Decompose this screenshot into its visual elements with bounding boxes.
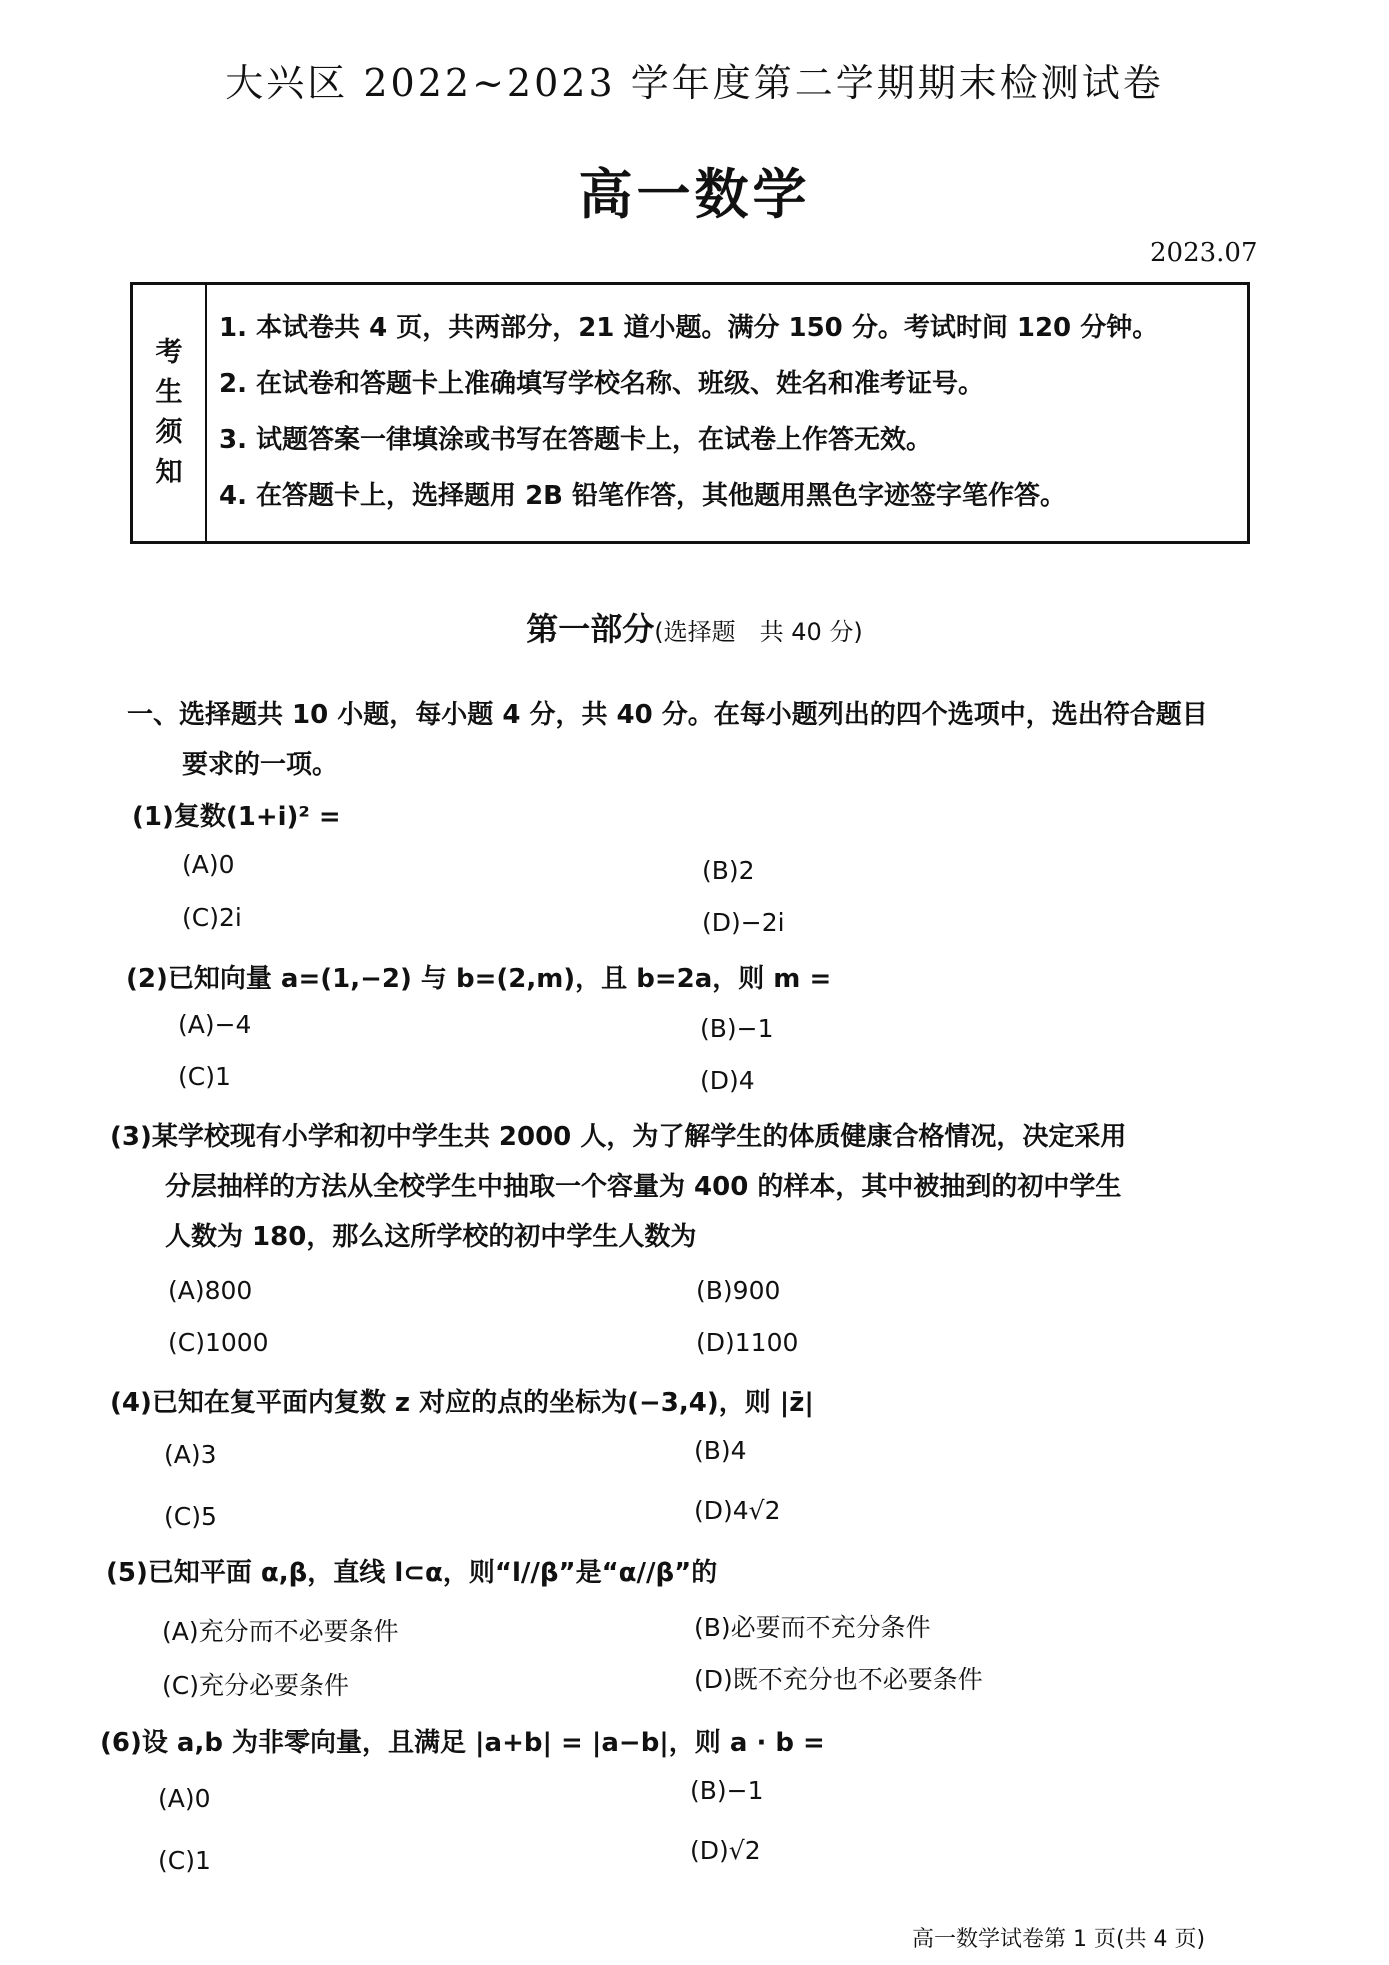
option-label: (D) — [690, 1836, 729, 1865]
option-text: 900 — [733, 1276, 781, 1305]
option-text: 充分必要条件 — [199, 1671, 349, 1700]
question-4-option-d: (D)4√2 — [694, 1496, 781, 1525]
section-instructions-line: 一、选择题共 10 小题，每小题 4 分，共 40 分。在每小题列出的四个选项中… — [127, 700, 1208, 730]
option-label: (B) — [702, 856, 739, 885]
notice-item: 1. 本试卷共 4 页，共两部分，21 道小题。满分 150 分。考试时间 12… — [219, 305, 1158, 361]
option-text: 1 — [195, 1846, 211, 1875]
subject-title: 高一数学 — [0, 152, 1389, 229]
question-5-stem: (5)已知平面 α,β，直线 l⊂α，则“l//β”是“α//β”的 — [106, 1552, 717, 1589]
option-text: 4 — [739, 1066, 755, 1095]
question-number: (2) — [126, 964, 168, 994]
question-6-option-c: (C)1 — [158, 1846, 211, 1875]
option-label: (A) — [168, 1276, 205, 1305]
option-text: 充分而不必要条件 — [199, 1617, 399, 1646]
option-label: (A) — [162, 1617, 199, 1646]
option-text: −1 — [727, 1776, 764, 1805]
question-4-option-c: (C)5 — [164, 1502, 217, 1531]
option-label: (C) — [164, 1502, 201, 1531]
section-instructions-line: 要求的一项。 — [127, 740, 1257, 790]
option-label: (D) — [702, 908, 741, 937]
option-text: −1 — [737, 1014, 774, 1043]
option-text: 2 — [739, 856, 755, 885]
option-label: (D) — [694, 1496, 733, 1525]
question-3-option-c: (C)1000 — [168, 1328, 269, 1357]
question-1-option-d: (D)−2i — [702, 908, 785, 937]
option-label: (A) — [164, 1440, 201, 1469]
question-3-stem: (3)某学校现有小学和初中学生共 2000 人，为了解学生的体质健康合格情况，决… — [110, 1112, 1250, 1262]
notice-item: 3. 试题答案一律填涂或书写在答题卡上，在试卷上作答无效。 — [219, 417, 1158, 473]
option-text: 2i — [219, 903, 242, 932]
option-text: 既不充分也不必要条件 — [733, 1665, 983, 1694]
option-label: (D) — [694, 1665, 733, 1694]
question-5-option-c: (C)充分必要条件 — [162, 1666, 349, 1702]
question-6-option-b: (B)−1 — [690, 1776, 764, 1805]
option-text: 3 — [201, 1440, 217, 1469]
page-footer: 高一数学试卷第 1 页(共 4 页) — [912, 1922, 1205, 1953]
question-text: 已知在复平面内复数 z 对应的点的坐标为(−3,4)，则 |z̄| — [152, 1388, 814, 1418]
option-label: (A) — [158, 1784, 195, 1813]
option-text: 1 — [215, 1062, 231, 1091]
option-label: (B) — [694, 1613, 731, 1642]
option-label: (B) — [700, 1014, 737, 1043]
question-3-option-d: (D)1100 — [696, 1328, 798, 1357]
option-text: 5 — [201, 1502, 217, 1531]
notice-label-char: 须 — [156, 413, 183, 453]
option-text: 4 — [731, 1436, 747, 1465]
question-1-option-c: (C)2i — [182, 903, 242, 932]
exam-title: 大兴区 2022~2023 学年度第二学期期末检测试卷 — [0, 52, 1389, 107]
notice-item: 2. 在试卷和答题卡上准确填写学校名称、班级、姓名和准考证号。 — [219, 361, 1158, 417]
part-subtitle: (选择题 共 40 分) — [654, 618, 863, 646]
question-2-option-b: (B)−1 — [700, 1014, 774, 1043]
question-1-option-b: (B)2 — [702, 856, 755, 885]
option-label: (B) — [690, 1776, 727, 1805]
question-text: 分层抽样的方法从全校学生中抽取一个容量为 400 的样本，其中被抽到的初中学生 — [110, 1162, 1250, 1212]
question-text: 已知平面 α,β，直线 l⊂α，则“l//β”是“α//β”的 — [148, 1558, 717, 1588]
question-number: (4) — [110, 1388, 152, 1418]
notice-item: 4. 在答题卡上，选择题用 2B 铅笔作答，其他题用黑色字迹签字笔作答。 — [219, 473, 1158, 529]
option-text: 0 — [219, 850, 235, 879]
question-4-stem: (4)已知在复平面内复数 z 对应的点的坐标为(−3,4)，则 |z̄| — [110, 1382, 814, 1419]
question-2-option-c: (C)1 — [178, 1062, 231, 1091]
question-6-option-d: (D)√2 — [690, 1836, 761, 1865]
option-text: −2i — [741, 908, 785, 937]
option-label: (B) — [696, 1276, 733, 1305]
question-3-option-b: (B)900 — [696, 1276, 780, 1305]
question-text: 设 a,b 为非零向量，且满足 |a+b| = |a−b|，则 a · b = — [142, 1728, 825, 1758]
question-5-option-d: (D)既不充分也不必要条件 — [694, 1660, 983, 1696]
option-label: (A) — [178, 1010, 215, 1039]
notice-label-char: 知 — [156, 453, 183, 493]
option-label: (A) — [182, 850, 219, 879]
notice-items: 1. 本试卷共 4 页，共两部分，21 道小题。满分 150 分。考试时间 12… — [219, 305, 1158, 529]
question-5-option-b: (B)必要而不充分条件 — [694, 1608, 931, 1644]
notice-label: 考 生 须 知 — [133, 285, 207, 541]
question-number: (1) — [132, 802, 174, 832]
question-4-option-b: (B)4 — [694, 1436, 747, 1465]
option-label: (C) — [182, 903, 219, 932]
option-label: (C) — [168, 1328, 205, 1357]
question-6-option-a: (A)0 — [158, 1784, 211, 1813]
question-number: (3) — [110, 1122, 152, 1152]
notice-label-char: 考 — [156, 333, 183, 373]
section-instructions: 一、选择题共 10 小题，每小题 4 分，共 40 分。在每小题列出的四个选项中… — [127, 690, 1257, 790]
option-label: (C) — [178, 1062, 215, 1091]
option-label: (C) — [158, 1846, 195, 1875]
question-5-option-a: (A)充分而不必要条件 — [162, 1612, 399, 1648]
exam-date: 2023.07 — [1150, 238, 1258, 268]
question-6-stem: (6)设 a,b 为非零向量，且满足 |a+b| = |a−b|，则 a · b… — [100, 1722, 825, 1759]
question-text: 已知向量 a=(1,−2) 与 b=(2,m)，且 b=2a，则 m = — [168, 964, 831, 994]
question-3-option-a: (A)800 — [168, 1276, 252, 1305]
part-one-heading: 第一部分(选择题 共 40 分) — [0, 604, 1389, 650]
option-label: (D) — [700, 1066, 739, 1095]
question-2-option-a: (A)−4 — [178, 1010, 251, 1039]
option-text: √2 — [729, 1836, 761, 1865]
notice-label-char: 生 — [156, 373, 183, 413]
option-text: −4 — [215, 1010, 252, 1039]
option-text: 1100 — [735, 1328, 799, 1357]
question-2-option-d: (D)4 — [700, 1066, 755, 1095]
question-1-stem: (1)复数(1+i)² = — [132, 796, 341, 833]
option-text: 1000 — [205, 1328, 269, 1357]
option-text: 0 — [195, 1784, 211, 1813]
question-text: 某学校现有小学和初中学生共 2000 人，为了解学生的体质健康合格情况，决定采用 — [152, 1122, 1126, 1152]
option-text: 必要而不充分条件 — [731, 1613, 931, 1642]
option-label: (D) — [696, 1328, 735, 1357]
question-2-stem: (2)已知向量 a=(1,−2) 与 b=(2,m)，且 b=2a，则 m = — [126, 958, 831, 995]
option-label: (B) — [694, 1436, 731, 1465]
question-text: 复数(1+i)² = — [174, 802, 341, 832]
question-number: (5) — [106, 1558, 148, 1588]
question-number: (6) — [100, 1728, 142, 1758]
candidate-notice-box: 考 生 须 知 1. 本试卷共 4 页，共两部分，21 道小题。满分 150 分… — [130, 282, 1250, 544]
option-label: (C) — [162, 1671, 199, 1700]
option-text: 800 — [205, 1276, 253, 1305]
option-text: 4√2 — [733, 1496, 781, 1525]
question-text: 人数为 180，那么这所学校的初中学生人数为 — [110, 1212, 1250, 1262]
question-1-option-a: (A)0 — [182, 850, 235, 879]
question-4-option-a: (A)3 — [164, 1440, 217, 1469]
part-title: 第一部分 — [526, 610, 654, 648]
